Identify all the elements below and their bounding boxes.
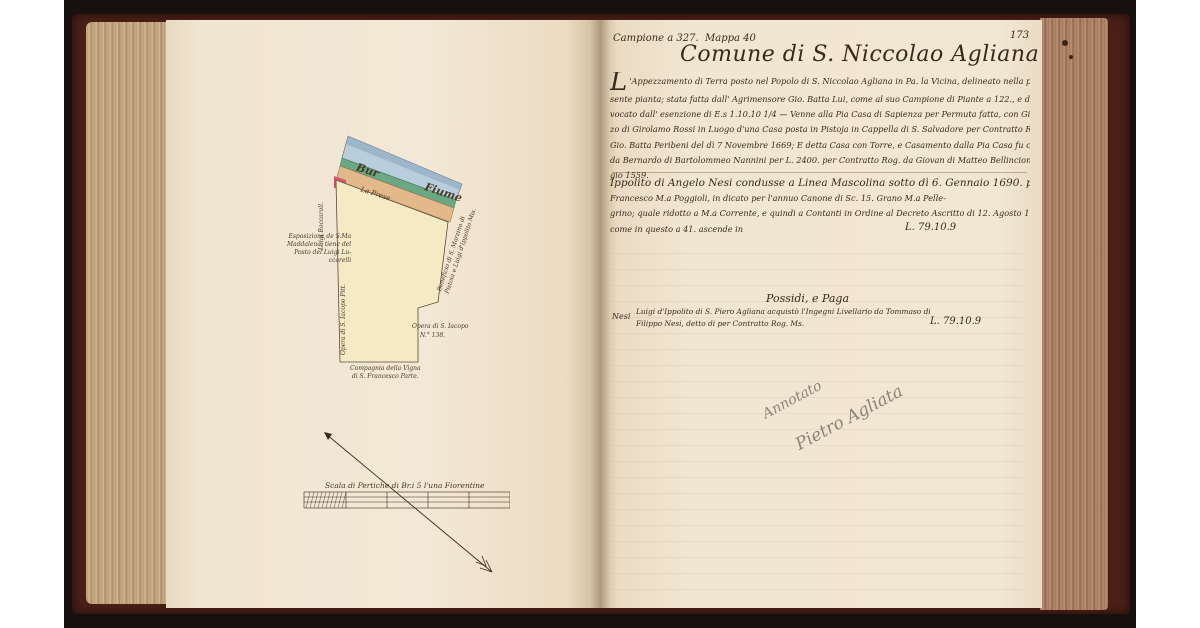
page-title: Comune di S. Niccolao Agliana xyxy=(680,42,1039,67)
lease-total: L. 79.10.9 xyxy=(905,222,956,233)
book-gutter xyxy=(590,20,610,608)
decorated-initial: L xyxy=(610,72,627,92)
label-south: Compagnia della Vigna di S. Francesco Pa… xyxy=(350,365,421,381)
page-edges-left xyxy=(86,22,166,604)
page-number: 173 xyxy=(1010,30,1029,41)
owner-total: L. 79.10.9 xyxy=(930,316,981,327)
section-prefix: Nesi xyxy=(612,312,630,321)
page-edges-right xyxy=(1040,18,1108,610)
paragraph-owner: Luigi d'Ippolito di S. Piero Agliana acq… xyxy=(636,306,936,330)
label-west-lower: Opera di S. Iacopo Pitt. xyxy=(340,284,347,355)
scale-bar xyxy=(304,492,510,508)
section-title: Possidi, e Paga xyxy=(766,292,849,305)
stain-marks xyxy=(1062,40,1068,46)
divider-rule xyxy=(612,172,1027,173)
label-west-upper: Esposizione de S.Ma Maddalena, tiene del… xyxy=(287,233,351,265)
paragraph-lease: Ippolito di Angelo Nesi condusse a Linea… xyxy=(610,176,1030,237)
scale-title: Scala di Pertiche di Br.i 5 l'una Fioren… xyxy=(325,481,484,490)
north-arrow-shaft xyxy=(326,434,492,572)
paragraph-description: L'Appezzamento di Terra posto nel Popolo… xyxy=(610,72,1030,183)
label-east-lower: Opera di S. Iacopo N.° 138. xyxy=(412,322,468,340)
north-arrow-head xyxy=(324,432,332,440)
